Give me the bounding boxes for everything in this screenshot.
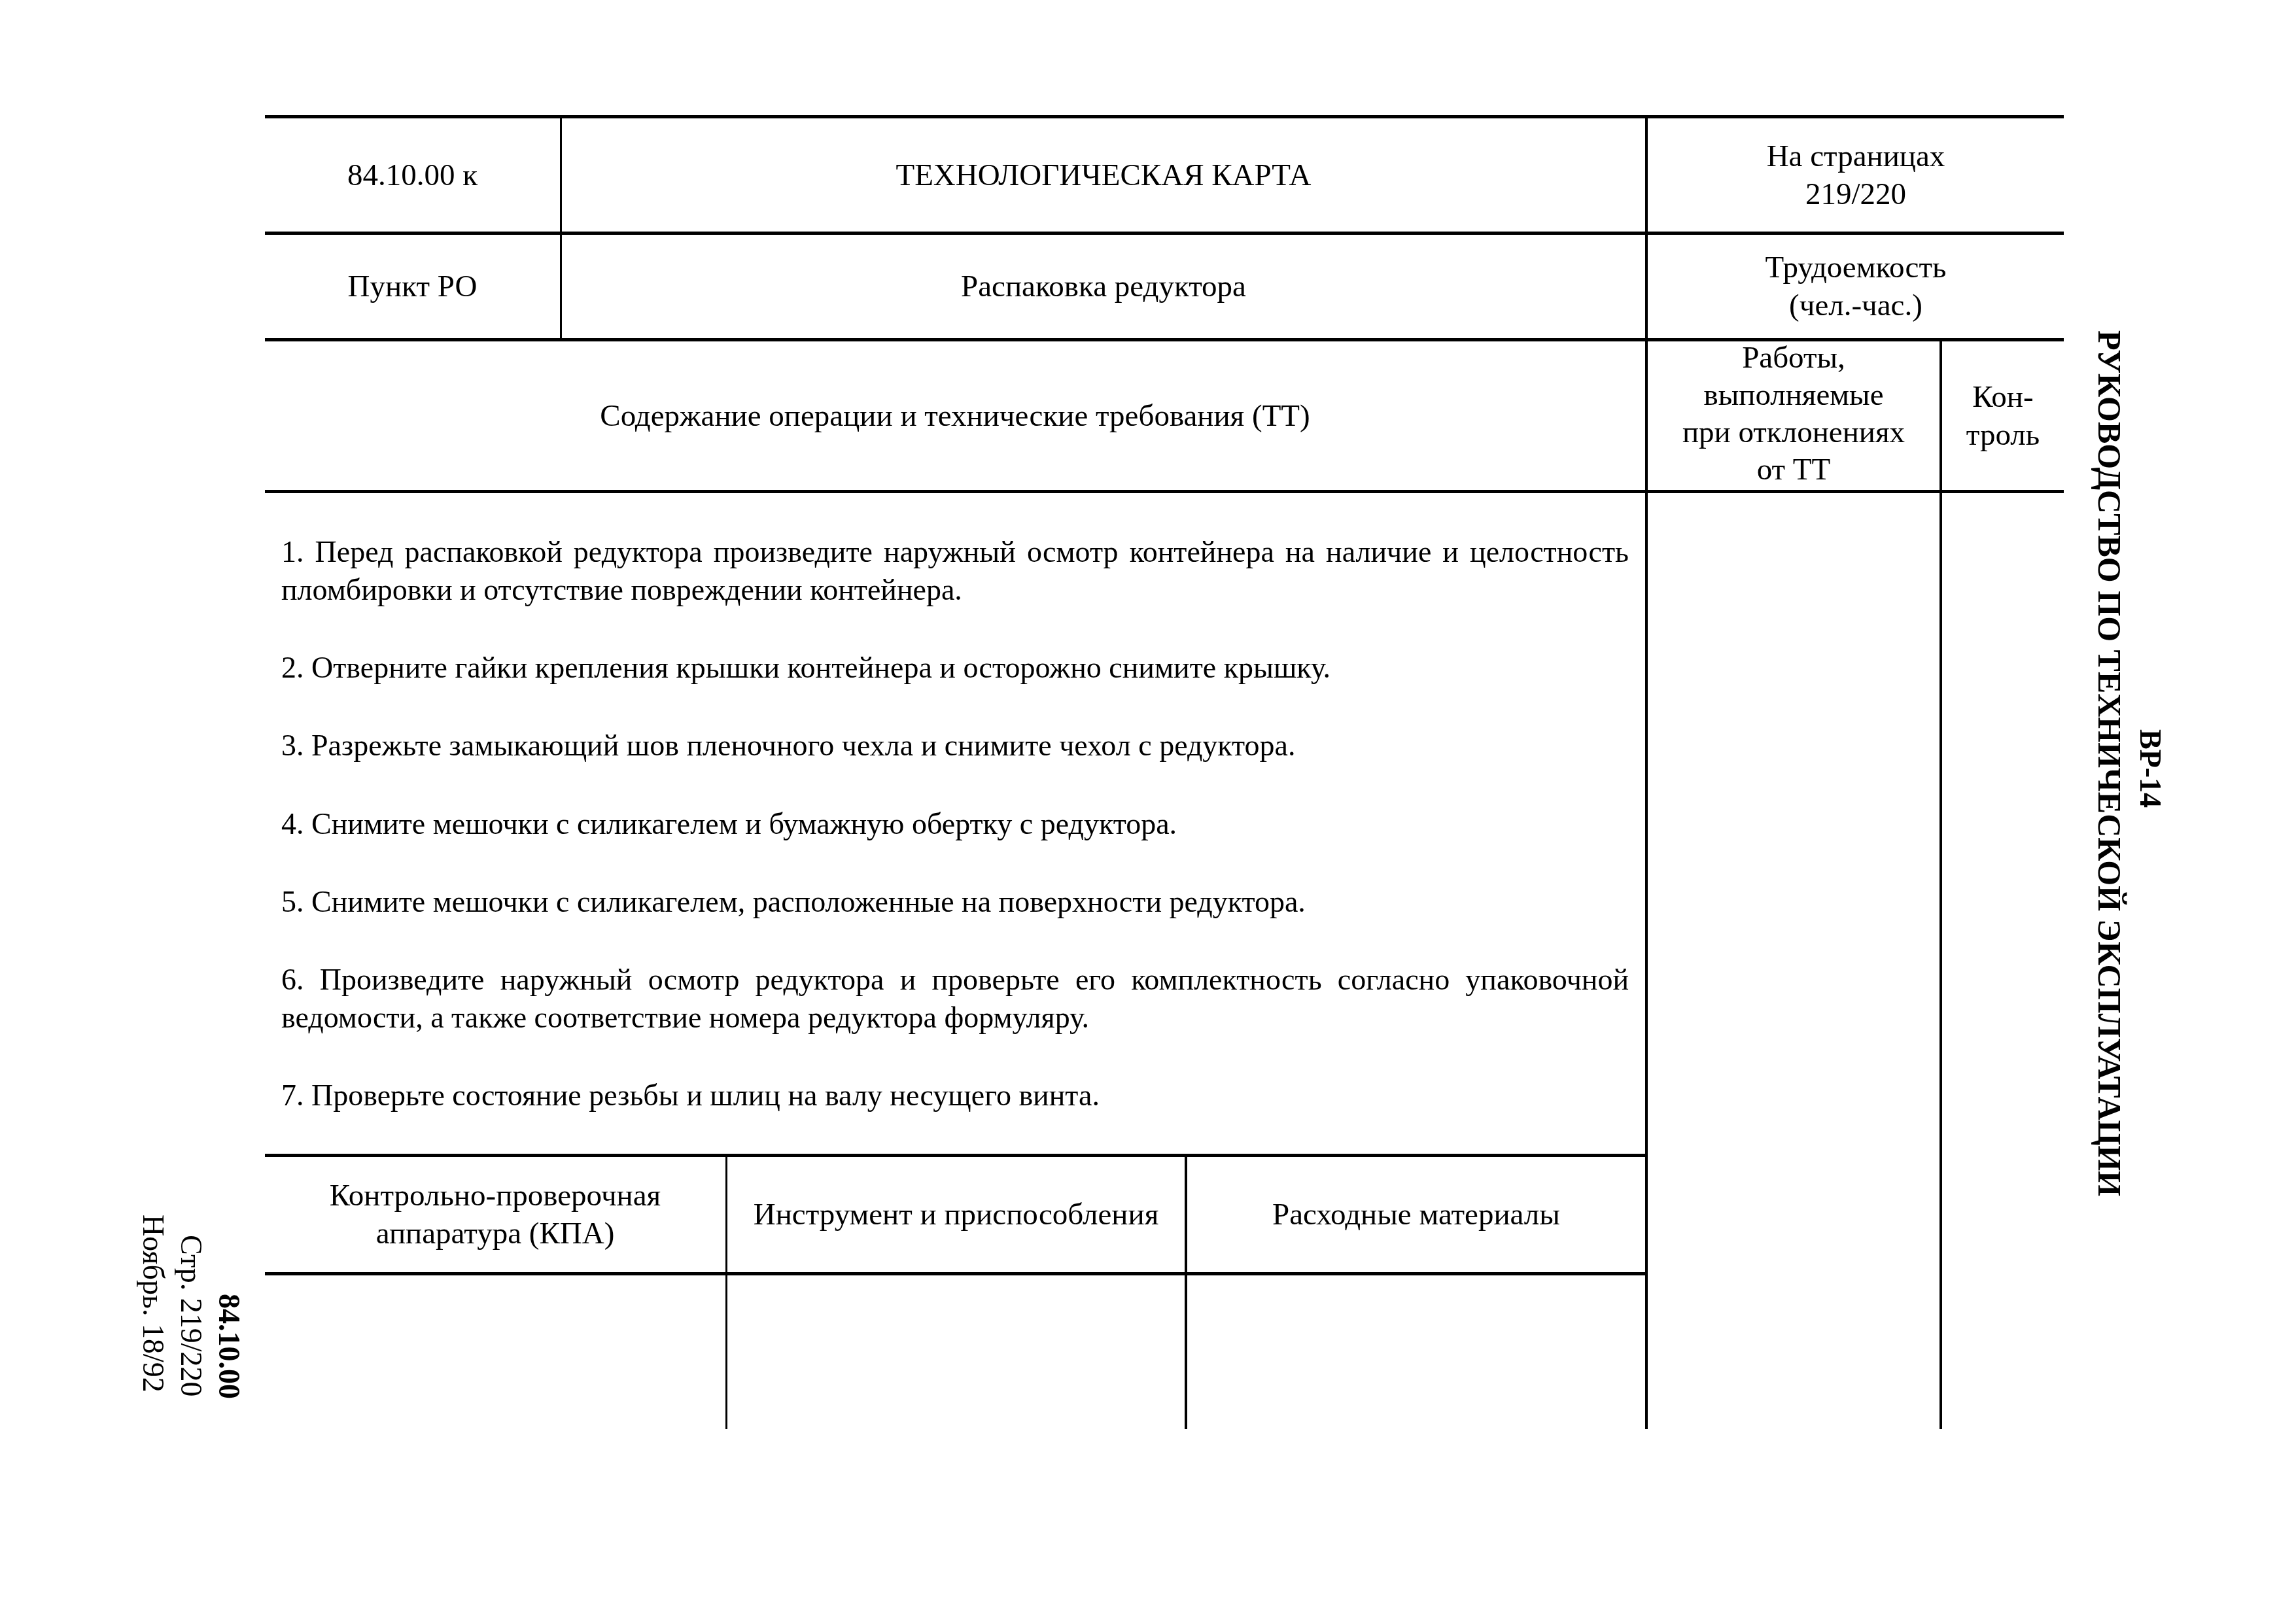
labor-unit: (чел.-час.) <box>1789 286 1922 324</box>
deviation-label-line: выполняемые <box>1703 377 1883 414</box>
card-code-text: 84.10.00 к <box>347 156 478 194</box>
content-column-header: Содержание операции и технические требов… <box>265 341 1645 490</box>
pages-value: 219/220 <box>1805 175 1906 213</box>
item-label: Пункт РО <box>348 268 478 305</box>
step-item: 3. Разрежьте замыкающий шов пленочного ч… <box>281 727 1629 765</box>
control-label-line: Кон- <box>1972 378 2033 416</box>
operation-name-cell: Распаковка редуктора <box>562 235 1645 338</box>
labor-label: Трудоемкость <box>1765 249 1947 286</box>
control-label-line: троль <box>1966 416 2040 454</box>
pages-label: На страницах <box>1767 137 1945 175</box>
footer-section: 84.10.00 <box>215 1294 243 1399</box>
materials-header: Расходные материалы <box>1187 1157 1645 1272</box>
step-item: 4. Снимите мешочки с силикагелем и бумаж… <box>281 805 1629 843</box>
materials-label: Расходные материалы <box>1272 1196 1560 1234</box>
step-item: 6. Произведите наружный осмотр редуктора… <box>281 961 1629 1037</box>
rule-resources-header <box>265 1272 1646 1275</box>
step-item: 2. Отверните гайки крепления крышки конт… <box>281 649 1629 687</box>
aircraft-code: ВР-14 <box>2135 729 2165 808</box>
control-column-header: Кон- троль <box>1942 341 2064 490</box>
manual-title: РУКОВОДСТВО ПО ТЕХНИЧЕСКОЙ ЭКСПЛУАТАЦИИ <box>2093 330 2126 1196</box>
deviation-label-line: от ТТ <box>1757 451 1831 489</box>
labor-cell: Трудоемкость (чел.-час.) <box>1648 235 2064 338</box>
deviation-column-header: Работы, выполняемые при отклонениях от Т… <box>1648 337 1939 490</box>
rule-col-control <box>1939 339 1942 1429</box>
card-title-text: ТЕХНОЛОГИЧЕСКАЯ КАРТА <box>896 156 1311 194</box>
rule-columns-header <box>265 490 2064 493</box>
kpa-label-line: Контрольно-проверочная <box>330 1177 661 1215</box>
pages-cell: На страницах 219/220 <box>1648 118 2064 232</box>
kpa-header: Контрольно-проверочная аппаратура (КПА) <box>265 1157 725 1272</box>
tools-header: Инструмент и приспособления <box>727 1157 1185 1272</box>
step-item: 7. Проверьте состояние резьбы и шлиц на … <box>281 1077 1629 1114</box>
kpa-label-line: аппаратура (КПА) <box>376 1215 615 1253</box>
step-item: 5. Снимите мешочки с силикагелем, распол… <box>281 883 1629 921</box>
deviation-label-line: при отклонениях <box>1682 414 1905 451</box>
operation-name: Распаковка редуктора <box>961 268 1246 305</box>
footer-date: Ноябрь. 18/92 <box>139 1215 167 1392</box>
content-column-label: Содержание операции и технические требов… <box>600 397 1310 435</box>
deviation-label-line: Работы, <box>1742 339 1845 377</box>
footer-page: Стр. 219/220 <box>177 1235 205 1397</box>
tools-label: Инструмент и приспособления <box>754 1196 1159 1234</box>
card-code: 84.10.00 к <box>265 118 560 232</box>
card-title: ТЕХНОЛОГИЧЕСКАЯ КАРТА <box>562 118 1645 232</box>
step-item: 1. Перед распаковкой редуктора произведи… <box>281 533 1629 609</box>
item-label-cell: Пункт РО <box>265 235 560 338</box>
